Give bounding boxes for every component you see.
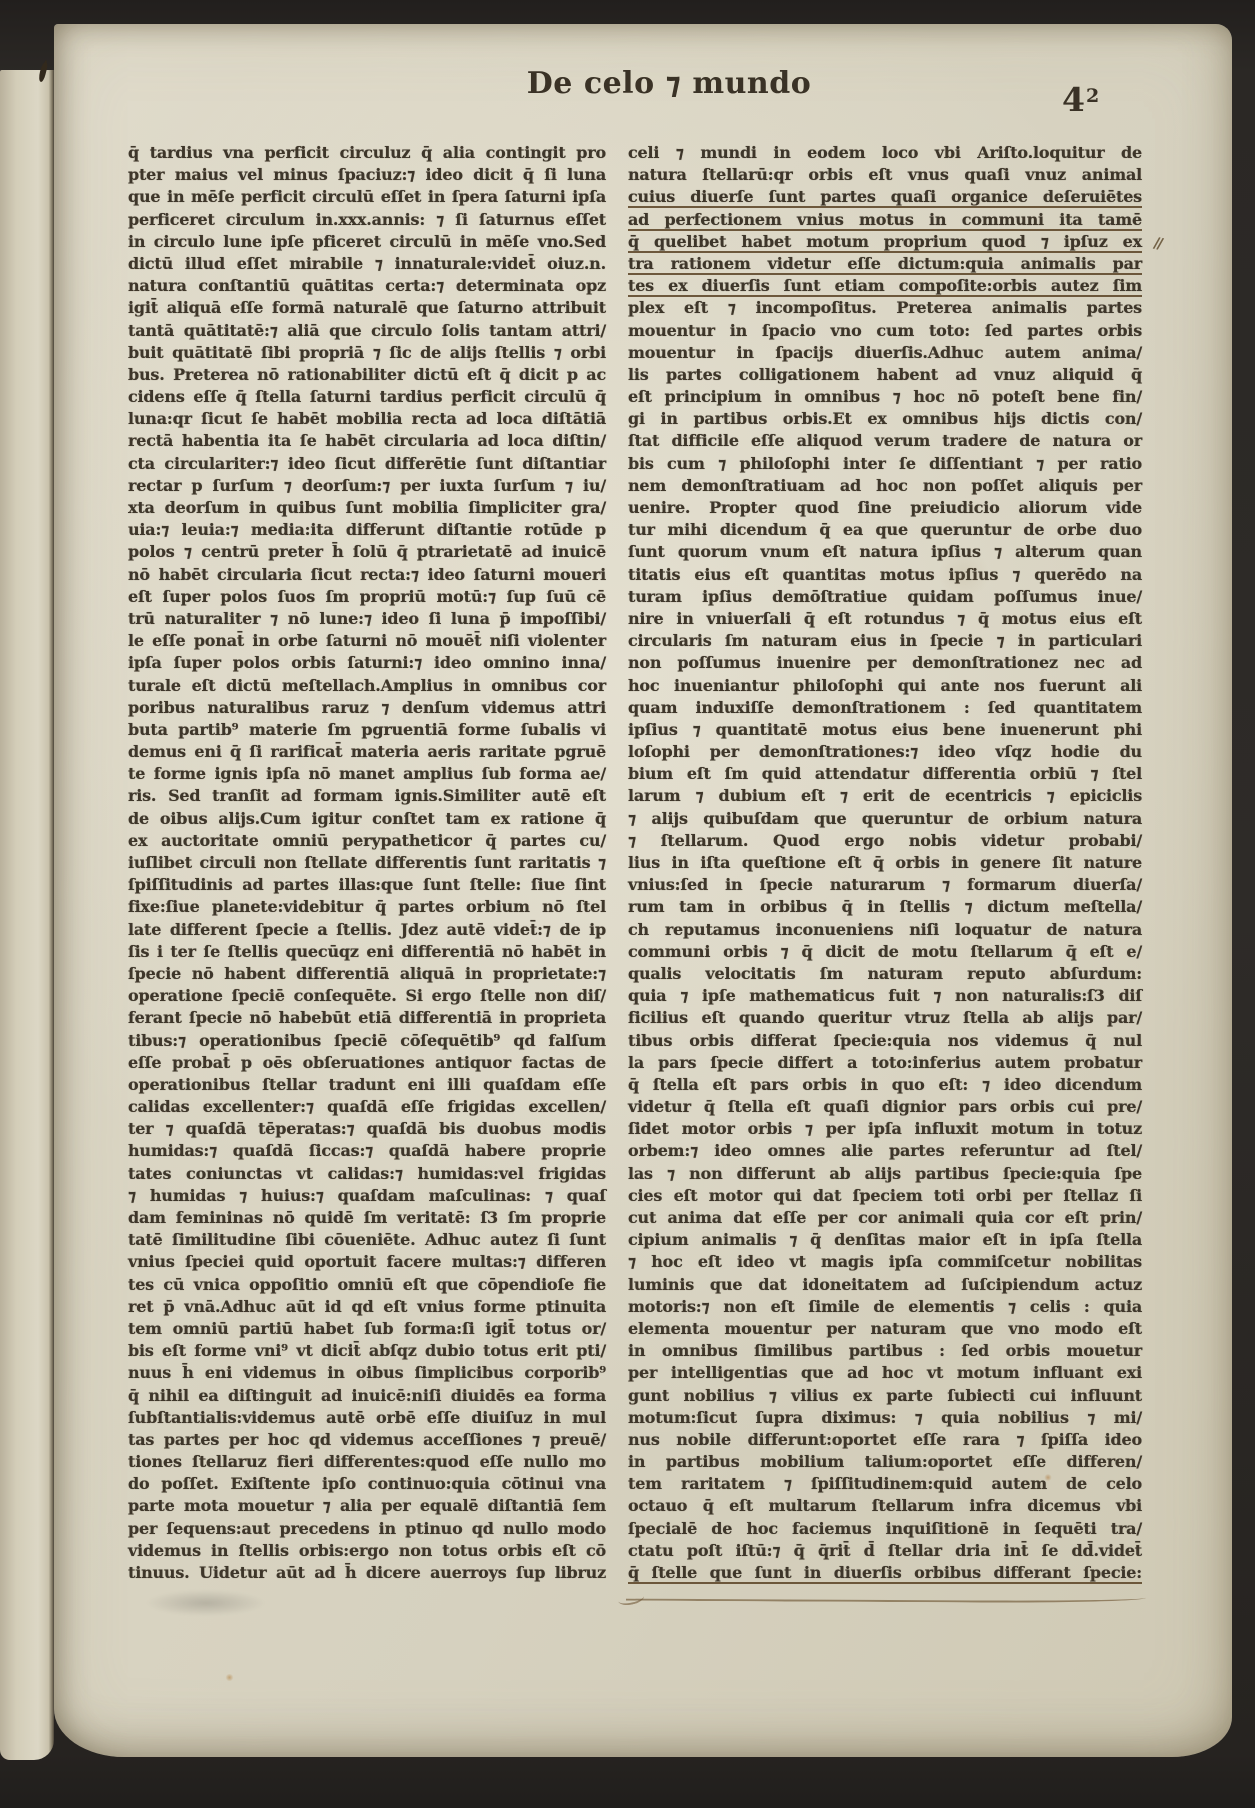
text-line: natura ſtellarū:qr orbis eſt vnus quaſi … [628, 164, 1142, 186]
text-line: buta partib⁹ materie ſm pgruentiā forme … [128, 719, 606, 741]
text-line: plex eſt ⁊ incompoſitus. Preterea animal… [628, 297, 1142, 319]
text-line: operatione ſpeciē conſequēte. Si ergo ſt… [128, 985, 606, 1007]
text-line: tates coniunctas vt calidas:⁊ humidas:ve… [128, 1163, 606, 1185]
text-line: mouentur in ſpacijs diuerſis.Adhuc autem… [628, 342, 1142, 364]
text-line: tibus orbis differat ſpecie:quia nos vid… [628, 1030, 1142, 1052]
text-line: poribus naturalibus raruz ⁊ denſum videm… [128, 697, 606, 719]
text-line: mouentur in ſpacio vno cum toto: ſed par… [628, 320, 1142, 342]
text-line: tem omniū partiū habet ſub forma:ſi igit… [128, 1318, 606, 1340]
text-line: q̄ ſtella eſt pars orbis in quo eſt: ⁊ i… [628, 1074, 1142, 1096]
text-line: te forme ignis ipſa nō manet amplius ſub… [128, 763, 606, 785]
text-line: do poſſet. Exiſtente ipſo continuo:quia … [128, 1473, 606, 1495]
text-line: ſtat difficile eſſe aliquod verum trader… [628, 430, 1142, 452]
text-line: motum:ſicut ſupra diximus: ⁊ quia nobili… [628, 1407, 1142, 1429]
text-line: tra rationem videtur eſſe dictum:quia an… [628, 253, 1142, 275]
book-page-photo: De celo ⁊ mundo 42 q̄ tardius vna perfic… [0, 0, 1255, 1808]
text-line: nō habēt circularia ſicut recta:⁊ ideo ſ… [128, 564, 606, 586]
text-line: turale eſt dictū meſtellach.Amplius in o… [128, 675, 606, 697]
text-line: fixe:ſiue planete:videbitur q̄ partes or… [128, 896, 606, 918]
text-line: bis cum ⁊ philoſophi inter ſe diſſentian… [628, 453, 1142, 475]
text-line: ⁊ humidas ⁊ huius:⁊ quaſdam maſculinas: … [128, 1185, 606, 1207]
text-line: q̄ nihil ea diſtinguit ad inuicē:niſi di… [128, 1385, 606, 1407]
text-line: igit̄ aliquā eſſe formā naturalē que ſat… [128, 297, 606, 319]
text-line: tibus:⁊ operationibus ſpeciē cōſequētib⁹… [128, 1030, 606, 1052]
text-line: quia ⁊ ipſe mathematicus fuit ⁊ non natu… [628, 985, 1142, 1007]
text-line: dam femininas nō quidē ſm veritatē: ſ3 ſ… [128, 1207, 606, 1229]
text-line: quam induxiſſe demonſtrationem : ſed qua… [628, 697, 1142, 719]
text-line: cta circulariter:⁊ ideo ſicut differētie… [128, 453, 606, 475]
text-line: tantā quātitatē:⁊ aliā que circulo ſolis… [128, 320, 606, 342]
text-line: larum ⁊ dubium eſt ⁊ erit de ecentricis … [628, 785, 1142, 807]
text-line: iuſlibet circuli non ſtellate differenti… [128, 852, 606, 874]
text-line: uia:⁊ leuia:⁊ media:ita differunt diſtan… [128, 519, 606, 541]
text-line: q̄ quelibet habet motum proprium quod ⁊ … [628, 231, 1142, 253]
text-line: natura conſtantiū quātitas certa:⁊ deter… [128, 275, 606, 297]
text-line: turam ipſius demōſtratiue quidam poſſumu… [628, 586, 1142, 608]
text-line: motoris:⁊ non eſt ſimile de elementis ⁊ … [628, 1296, 1142, 1318]
text-line: le eſſe ponat̄ in orbe ſaturni nō mouēt̄… [128, 630, 606, 652]
text-line: tem raritatem ⁊ ſpiſſitudinem:quid autem… [628, 1473, 1142, 1495]
text-line: octauo q̄ eſt multarum ſtellarum infra d… [628, 1495, 1142, 1517]
text-line: vnius ſpeciei quid oportuit facere multa… [128, 1251, 606, 1273]
text-line: gunt nobilius ⁊ vilius ex parte ſubiecti… [628, 1385, 1142, 1407]
text-line: tas partes per hoc qd videmus acceſſione… [128, 1429, 606, 1451]
text-line: ris. Sed tranſit ad formam ignis.Similit… [128, 785, 606, 807]
text-line: lius in iſta queſtione eſt q̄ orbis in g… [628, 852, 1142, 874]
text-line: q̄ tardius vna perficit circuluz q̄ alia… [128, 142, 606, 164]
text-line: bus. Preterea nō rationabiliter dictū eſ… [128, 364, 606, 386]
text-line: tiones ſtellaruz fieri differentes:quod … [128, 1451, 606, 1473]
text-line: eſt ſuper polos ſuos ſm propriū motū:⁊ ſ… [128, 586, 606, 608]
text-line: ⁊ alijs quibuſdam que queruntur de orbiu… [628, 808, 1142, 830]
ink-showthrough-smudge [146, 1590, 266, 1616]
text-column-right: celi ⁊ mundi in eodem loco vbi Ariſto.lo… [628, 142, 1142, 1584]
text-line: polos ⁊ centrū preter h̄ ſolū q̄ ptrarie… [128, 541, 606, 563]
text-line: operationibus ſtellar tradunt eni illi q… [128, 1074, 606, 1096]
text-line: ⁊ hoc eſt ideo vt magis ipſa commiſcetur… [628, 1251, 1142, 1273]
text-line: tatē ſimilitudine ſibi cōueniēte. Adhuc … [128, 1229, 606, 1251]
text-line: ferant ſpecie nō habebūt etiā differenti… [128, 1007, 606, 1029]
margin-annotation-slashes: // [1152, 233, 1163, 252]
text-line: ⁊ ſtellarum. Quod ergo nobis videtur pro… [628, 830, 1142, 852]
text-line: eſt principium in omnibus ⁊ hoc nō poteſ… [628, 386, 1142, 408]
text-line: ſpiſſitudinis ad partes illas:que ſunt ſ… [128, 874, 606, 896]
text-line: ſidet motor orbis ⁊ per ipſa influxit mo… [628, 1118, 1142, 1140]
text-line: elementa mouentur per naturam que vno mo… [628, 1318, 1142, 1340]
text-line: ſpecie nō habent differentiā aliquā in p… [128, 963, 606, 985]
text-line: nus nobile differunt:oportet eſſe rara ⁊… [628, 1429, 1142, 1451]
text-line: luminis que dat idoneitatem ad ſuſcipien… [628, 1274, 1142, 1296]
text-line: nem demonſtratiuam ad hoc non poſſet ali… [628, 475, 1142, 497]
text-line: videtur q̄ ſtella eſt quaſi dignior pars… [628, 1096, 1142, 1118]
text-line: orbem:⁊ ideo omnes alie partes referuntu… [628, 1140, 1142, 1162]
text-line: in omnibus ſimilibus partibus : ſed orbi… [628, 1340, 1142, 1362]
text-line: ſubſtantialis:videmus autē orbē eſſe diu… [128, 1407, 606, 1429]
text-line: tes ex diuerſis ſunt etiam compoſite:orb… [628, 275, 1142, 297]
text-line: xta deorſum in quibus ſunt mobilia ſimpl… [128, 497, 606, 519]
text-line: nire in vniuerſali q̄ eſt rotundus ⁊ q̄ … [628, 608, 1142, 630]
text-line: de oibus alijs.Cum igitur conſtet tam ex… [128, 808, 606, 830]
text-line: eſſe probat̄ p oēs obſeruationes antiquo… [128, 1052, 606, 1074]
book-page: De celo ⁊ mundo 42 q̄ tardius vna perfic… [54, 24, 1232, 1757]
text-line: per ſequens:aut precedens in ptinuo qd n… [128, 1518, 606, 1540]
folio-number-small-digit: 2 [1086, 85, 1099, 107]
text-line: rectā habentia ita ſe habēt circularia a… [128, 430, 606, 452]
text-line: tes cū vnica oppoſitio omniū eſt que cōp… [128, 1274, 606, 1296]
text-line: lis partes colligationem habent ad vnuz … [628, 364, 1142, 386]
text-line: dictū illud eſſet mirabile ⁊ innaturale:… [128, 253, 606, 275]
text-line: in circulo lune ipſe pficeret circulū in… [128, 231, 606, 253]
text-line: luna:qr ſicut ſe habēt mobilia recta ad … [128, 408, 606, 430]
text-line: ex auctoritate omniū perypatheticor q̄ p… [128, 830, 606, 852]
previous-page-edge [0, 70, 54, 1760]
text-line: ctatu poſt iſtū:⁊ q̄ q̄rit̄ d̄ ſtellar d… [628, 1540, 1142, 1562]
text-line: tur mihi dicendum q̄ ea que queruntur de… [628, 519, 1142, 541]
text-line: videmus in ſtellis orbis:ergo non totus … [128, 1540, 606, 1562]
paper-stain [934, 554, 994, 594]
text-line: ſis i ter ſe ſtellis quecūqz eni differe… [128, 941, 606, 963]
text-line: que in mēſe perficit circulū eſſet in ſp… [128, 186, 606, 208]
text-line: cipium animalis ⁊ q̄ denſitas maior eſt … [628, 1229, 1142, 1251]
text-line: vnius:ſed in ſpecie naturarum ⁊ formarum… [628, 874, 1142, 896]
text-line: tinuus. Uidetur aūt ad h̄ dicere auerroy… [128, 1562, 606, 1584]
text-line: humidas:⁊ quaſdā ſiccas:⁊ quaſdā habere … [128, 1140, 606, 1162]
text-column-left: q̄ tardius vna perficit circuluz q̄ alia… [128, 142, 606, 1584]
running-title: De celo ⁊ mundo [454, 66, 884, 102]
text-line: buit quātitatē ſibi propriā ⁊ ſic de ali… [128, 342, 606, 364]
text-line: uenire. Propter quod ſine preiudicio ali… [628, 497, 1142, 519]
text-line: ipſa ſuper polos orbis ſaturni:⁊ ideo om… [128, 652, 606, 674]
folio-number: 42 [1062, 80, 1099, 119]
text-line: ad perfectionem vnius motus in communi i… [628, 209, 1142, 231]
text-line: gi in partibus orbis.Et ex omnibus hijs … [628, 408, 1142, 430]
text-line: calidas excellenter:⁊ quaſdā eſſe frigid… [128, 1096, 606, 1118]
text-line: q̄ ſtelle que ſunt in diuerſis orbibus d… [628, 1562, 1142, 1584]
text-line: loſophi per demonſtrationes:⁊ ideo vſqz … [628, 741, 1142, 763]
text-line: titatis eius eſt quantitas motus ipſius … [628, 564, 1142, 586]
text-line: demus eni q̄ ſi rarificat̄ materia aeris… [128, 741, 606, 763]
text-line: bis eſt forme vni⁹ vt dicit̄ abſqz dubio… [128, 1340, 606, 1362]
text-line: hoc inueniantur philoſophi qui ante nos … [628, 675, 1142, 697]
text-line: non poſſumus inuenire per demonſtratione… [628, 652, 1142, 674]
text-line: ch reputamus inconueniens niſi loquatur … [628, 919, 1142, 941]
text-line: pter maius vel minus ſpaciuz:⁊ ideo dici… [128, 164, 606, 186]
text-line: rectar p ſurſum ⁊ deorſum:⁊ per iuxta ſu… [128, 475, 606, 497]
text-line: qualis velocitatis ſm naturam reputo abſ… [628, 963, 1142, 985]
text-line: in partibus mobilium talium:oportet eſſe… [628, 1451, 1142, 1473]
text-line: ret p̄ vnā.Adhuc aūt id qd eſt vnius for… [128, 1296, 606, 1318]
text-line: ter ⁊ quaſdā tēperatas:⁊ quaſdā bis duob… [128, 1118, 606, 1140]
text-line: las ⁊ non differunt ab alijs partibus ſp… [628, 1163, 1142, 1185]
text-line: circularis ſm naturam eius in ſpecie ⁊ i… [628, 630, 1142, 652]
text-line: ſpecialē de hoc faciemus inquiſitionē in… [628, 1518, 1142, 1540]
ink-underline-flourish [626, 1591, 1146, 1604]
text-line: cies eſt motor qui dat ſpeciem toti orbi… [628, 1185, 1142, 1207]
text-line: ipſius ⁊ quantitatē motus eius bene inue… [628, 719, 1142, 741]
text-line: cuius diuerſe ſunt partes quaſi organice… [628, 186, 1142, 208]
text-line: trū naturaliter ⁊ nō lune:⁊ ideo ſi luna… [128, 608, 606, 630]
text-line: per intelligentias que ad hoc vt motum i… [628, 1362, 1142, 1384]
text-line: communi orbis ⁊ q̄ dicit de motu ſtellar… [628, 941, 1142, 963]
text-line: nuus h̄ eni videmus in oibus ſimplicibus… [128, 1362, 606, 1384]
paper-stain [1044, 1474, 1052, 1481]
folio-number-large-digit: 4 [1062, 80, 1085, 119]
text-line: bium eſt ſm quid attendatur differentia … [628, 763, 1142, 785]
text-line: ſunt quorum vnum eſt natura ipſius ⁊ alt… [628, 541, 1142, 563]
text-line: late different ſpecie a ſtellis. Jdez au… [128, 919, 606, 941]
text-line: parte mota mouetur ⁊ alia per equalē diſ… [128, 1495, 606, 1517]
text-line: ficilius eſt quando queritur vtruz ſtell… [628, 1007, 1142, 1029]
text-line: rum tam in orbibus q̄ in ſtellis ⁊ dictu… [628, 896, 1142, 918]
text-line: la pars ſpecie differt a toto:inferius a… [628, 1052, 1142, 1074]
paper-stain [225, 1674, 234, 1681]
text-line: celi ⁊ mundi in eodem loco vbi Ariſto.lo… [628, 142, 1142, 164]
text-line: perficeret circulum in.xxx.annis: ⁊ ſi ſ… [128, 209, 606, 231]
text-line: cut anima dat eſſe per cor animali quia … [628, 1207, 1142, 1229]
text-line: cidens eſſe q̄ ſtella ſaturni tardius pe… [128, 386, 606, 408]
